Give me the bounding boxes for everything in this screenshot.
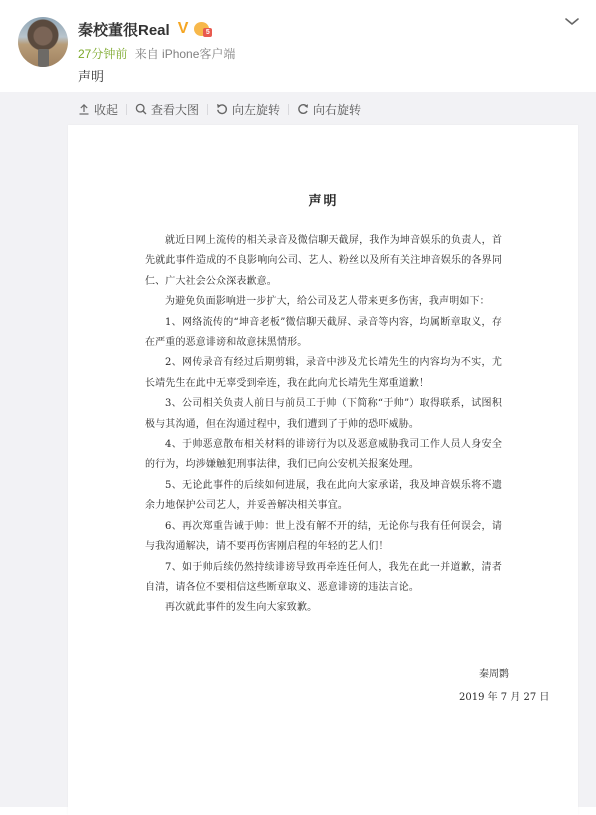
document-body: 就近日网上流传的相关录音及微信聊天截屏，我作为坤音娱乐的负责人，首先就此事件造成… — [145, 231, 502, 619]
post-text: 声明 — [78, 66, 104, 85]
view-large-image-label: 查看大图 — [151, 101, 199, 118]
toolbar-divider — [207, 104, 208, 115]
rotate-right-button[interactable]: 向右旋转 — [297, 101, 361, 118]
document-paragraph: 为避免负面影响进一步扩大，给公司及艺人带来更多伤害，我声明如下： — [145, 292, 502, 312]
document-paragraph: 7、如于帅后续仍然持续诽谤导致再牵连任何人，我先在此一并道歉，清者自清，请各位不… — [145, 558, 502, 599]
statement-image[interactable]: 声明 就近日网上流传的相关录音及微信聊天截屏，我作为坤音娱乐的负责人，首先就此事… — [68, 125, 578, 807]
verified-badge-icon[interactable]: V — [178, 21, 189, 37]
document-paragraph: 6、再次郑重告诫于帅：世上没有解不开的结，无论你与我有任何误会，请与我沟通解决，… — [145, 517, 502, 558]
username-link[interactable]: 秦校董很Real — [78, 19, 170, 40]
document-title: 声明 — [145, 190, 502, 209]
image-viewer: 收起 查看大图 向左旋转 向右旋转 — [0, 92, 596, 807]
image-toolbar: 收起 查看大图 向左旋转 向右旋转 — [78, 100, 361, 118]
toolbar-divider — [126, 104, 127, 115]
rotate-right-icon — [297, 103, 309, 115]
post-timestamp[interactable]: 27分钟前 — [78, 47, 127, 61]
document-paragraph: 3、公司相关负责人前日与前员工于帅（下简称“于帅”）取得联系，试图积极与其沟通，… — [145, 394, 502, 435]
search-icon — [135, 103, 147, 115]
rotate-left-button[interactable]: 向左旋转 — [216, 101, 280, 118]
view-large-image-button[interactable]: 查看大图 — [135, 101, 199, 118]
chevron-down-icon[interactable] — [562, 12, 582, 32]
post-meta: 27分钟前 来自 iPhone客户端 — [78, 45, 235, 62]
document-paragraph: 5、无论此事件的后续如何进展，我在此向大家承诺，我及坤音娱乐将不遗余力地保护公司… — [145, 476, 502, 517]
signature-name: 秦周鹮 — [479, 663, 549, 686]
collapse-button[interactable]: 收起 — [78, 101, 118, 118]
weibo-post-header: 秦校董很Real V 5 27分钟前 来自 iPhone客户端 声明 — [0, 0, 596, 92]
document-paragraph: 4、于帅恶意散布相关材料的诽谤行为以及恶意威胁我司工作人员人身安全的行为，均涉嫌… — [145, 435, 502, 476]
document-paragraph: 再次就此事件的发生向大家致歉。 — [145, 598, 502, 618]
username-row: 秦校董很Real V 5 — [78, 18, 212, 40]
rotate-left-icon — [216, 103, 228, 115]
document-signature: 秦周鹮 2019 年 7 月 27 日 — [459, 663, 549, 709]
avatar[interactable] — [18, 17, 68, 67]
collapse-up-icon — [78, 103, 90, 115]
signature-date: 2019 年 7 月 27 日 — [459, 686, 549, 709]
member-level-badge-icon[interactable]: 5 — [194, 21, 212, 37]
document-paragraph: 就近日网上流传的相关录音及微信聊天截屏，我作为坤音娱乐的负责人，首先就此事件造成… — [145, 231, 502, 292]
post-source: 来自 iPhone客户端 — [135, 47, 236, 61]
document-paragraph: 2、网传录音有经过后期剪辑，录音中涉及尤长靖先生的内容均为不实，尤长靖先生在此中… — [145, 353, 502, 394]
collapse-label: 收起 — [94, 101, 118, 118]
badge-level-number: 5 — [203, 28, 212, 37]
document-paragraph: 1、网络流传的“坤音老板”微信聊天截屏、录音等内容，均属断章取义，存在严重的恶意… — [145, 313, 502, 354]
rotate-left-label: 向左旋转 — [232, 101, 280, 118]
toolbar-divider — [288, 104, 289, 115]
rotate-right-label: 向右旋转 — [313, 101, 361, 118]
